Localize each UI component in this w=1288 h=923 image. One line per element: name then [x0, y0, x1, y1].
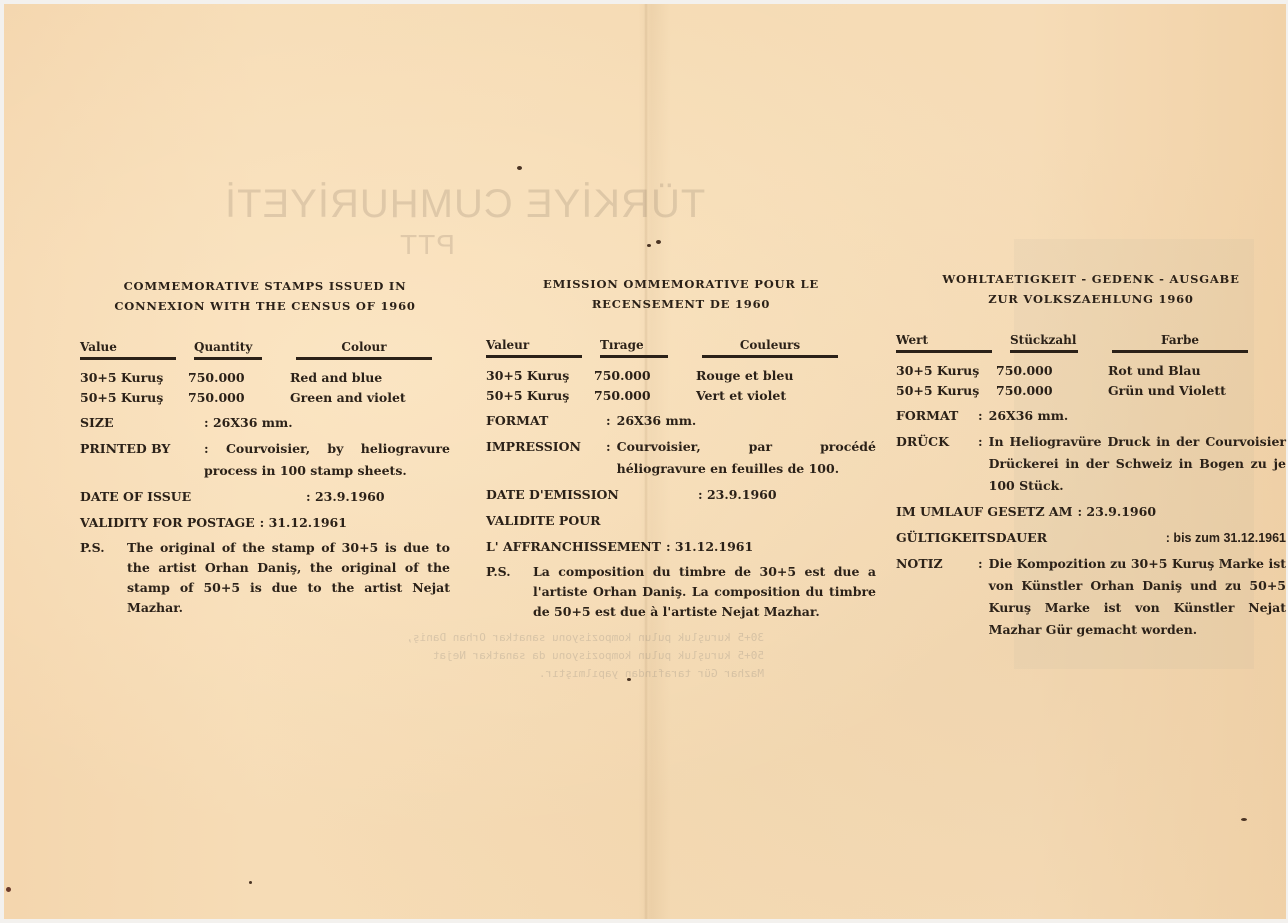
german-table-header: Wert Stückzahl Farbe: [896, 331, 1286, 353]
english-postscript: P.S. The original of the stamp of 30+5 i…: [80, 538, 450, 618]
header-quantity: Quantity: [194, 340, 262, 360]
german-title-line1: WOHLTAETIGKEIT - GEDENK - AUSGABE: [896, 269, 1286, 289]
affranchissement-field: L' AFFRANCHISSEMENT : 31.12.1961: [486, 536, 876, 558]
table-row: 50+5 Kuruş 750.000 Green and violet: [80, 388, 450, 408]
cell-wert: 30+5 Kuruş: [896, 361, 996, 381]
date-of-issue-label: DATE OF ISSUE: [80, 486, 306, 508]
druck-label: DRÜCK: [896, 431, 972, 497]
english-title-line2: CONNEXION WITH THE CENSUS OF 1960: [80, 296, 450, 316]
english-title: COMMEMORATIVE STAMPS ISSUED IN CONNEXION…: [80, 276, 450, 316]
ink-speck: [647, 244, 651, 247]
cell-tirage: 750.000: [594, 366, 696, 386]
affranchissement-value: : 31.12.1961: [661, 536, 876, 558]
header-value: Value: [80, 340, 176, 360]
impression-label: IMPRESSION: [486, 436, 600, 480]
notiz-value: Die Kompozition zu 30+5 Kuruş Marke ist …: [989, 553, 1286, 641]
ink-speck: [627, 678, 631, 681]
date-emission-label: DATE D'EMISSION: [486, 484, 698, 506]
header-wert: Wert: [896, 333, 992, 353]
header-farbe: Farbe: [1112, 333, 1248, 353]
druck-value: In Heliogravüre Druck in der Courvoisier…: [989, 431, 1286, 497]
size-field: SIZE : 26X36 mm.: [80, 412, 450, 434]
french-title-line2: RECENSEMENT DE 1960: [486, 294, 876, 314]
cell-couleurs: Vert et violet: [696, 386, 876, 406]
cell-value: 50+5 Kuruş: [80, 388, 188, 408]
ink-speck: [656, 240, 661, 244]
german-title-line2: ZUR VOLKSZAEHLUNG 1960: [896, 289, 1286, 309]
cell-colour: Green and violet: [290, 388, 450, 408]
impression-value: Courvoisier, par procédé héliogravure en…: [617, 436, 876, 480]
french-table-header: Valeur Tırage Couleurs: [486, 336, 876, 358]
cell-value: 30+5 Kuruş: [80, 368, 188, 388]
ink-speck: [1241, 818, 1247, 821]
notiz-field: NOTIZ : Die Kompozition zu 30+5 Kuruş Ma…: [896, 553, 1286, 641]
header-colour: Colour: [296, 340, 432, 360]
english-title-line1: COMMEMORATIVE STAMPS ISSUED IN: [80, 276, 450, 296]
english-section: COMMEMORATIVE STAMPS ISSUED IN CONNEXION…: [80, 276, 450, 618]
cell-farbe: Rot und Blau: [1108, 361, 1286, 381]
format-field: FORMAT : 26X36 mm.: [486, 410, 876, 432]
cell-valeur: 30+5 Kuruş: [486, 366, 594, 386]
table-row: 30+5 Kuruş 750.000 Red and blue: [80, 368, 450, 388]
french-postscript: P.S. La composition du timbre de 30+5 es…: [486, 562, 876, 622]
validite-label: VALIDITE POUR: [486, 510, 601, 532]
table-row: 30+5 Kuruş 750.000 Rot und Blau: [896, 361, 1286, 381]
ps-label: P.S.: [80, 538, 127, 618]
notiz-label: NOTIZ: [896, 553, 972, 641]
validite-field: VALIDITE POUR: [486, 510, 876, 532]
date-of-issue-value: : 23.9.1960: [306, 486, 450, 508]
affranchissement-label: L' AFFRANCHISSEMENT: [486, 536, 661, 558]
cell-stueckzahl: 750.000: [996, 361, 1108, 381]
ps-text: La composition du timbre de 30+5 est due…: [533, 562, 876, 622]
validity-field: VALIDITY FOR POSTAGE : 31.12.1961: [80, 512, 450, 534]
gueltigkeit-label: GÜLTIGKEITSDAUER: [896, 527, 1136, 549]
show-through-title: TÜRKİYE CUMHURİYETİ: [224, 182, 705, 227]
cell-colour: Red and blue: [290, 368, 450, 388]
german-title: WOHLTAETIGKEIT - GEDENK - AUSGABE ZUR VO…: [896, 269, 1286, 309]
ink-speck: [249, 881, 252, 884]
format-value: 26X36 mm.: [989, 405, 1286, 427]
header-couleurs: Couleurs: [702, 338, 838, 358]
french-title-line1: EMISSION OMMEMORATIVE POUR LE: [486, 274, 876, 294]
date-emission-value: : 23.9.1960: [698, 484, 876, 506]
french-title: EMISSION OMMEMORATIVE POUR LE RECENSEMEN…: [486, 274, 876, 314]
impression-field: IMPRESSION : Courvoisier, par procédé hé…: [486, 436, 876, 480]
cell-couleurs: Rouge et bleu: [696, 366, 876, 386]
printed-by-field: PRINTED BY : Courvoisier, by heliogravur…: [80, 438, 450, 482]
table-row: 50+5 Kuruş 750.000 Grün und Violett: [896, 381, 1286, 401]
ink-speck: [6, 887, 11, 892]
druck-field: DRÜCK : In Heliogravüre Druck in der Cou…: [896, 431, 1286, 497]
french-section: EMISSION OMMEMORATIVE POUR LE RECENSEMEN…: [486, 274, 876, 622]
table-row: 30+5 Kuruş 750.000 Rouge et bleu: [486, 366, 876, 386]
gueltigkeit-value: : bis zum 31.12.1961: [1136, 527, 1286, 549]
format-label: FORMAT: [896, 405, 972, 427]
format-label: FORMAT: [486, 410, 600, 432]
ink-speck: [517, 166, 522, 170]
cell-tirage: 750.000: [594, 386, 696, 406]
cell-valeur: 50+5 Kuruş: [486, 386, 594, 406]
cell-quantity: 750.000: [188, 368, 290, 388]
format-value: 26X36 mm.: [617, 410, 876, 432]
header-stueckzahl: Stückzahl: [1010, 333, 1078, 353]
printed-by-value: : Courvoisier, by heliogravure process i…: [204, 438, 450, 482]
ps-text: The original of the stamp of 30+5 is due…: [127, 538, 450, 618]
cell-stueckzahl: 750.000: [996, 381, 1108, 401]
date-emission-field: DATE D'EMISSION : 23.9.1960: [486, 484, 876, 506]
header-valeur: Valeur: [486, 338, 582, 358]
cell-quantity: 750.000: [188, 388, 290, 408]
show-through-paragraph: 30+5 kuruşluk pulun kompozisyonu sanatka…: [404, 629, 764, 683]
header-tirage: Tırage: [600, 338, 668, 358]
english-table-header: Value Quantity Colour: [80, 338, 450, 360]
german-section: WOHLTAETIGKEIT - GEDENK - AUSGABE ZUR VO…: [896, 269, 1286, 641]
table-row: 50+5 Kuruş 750.000 Vert et violet: [486, 386, 876, 406]
validity-value: : 31.12.1961: [255, 512, 450, 534]
document-sheet: TÜRKİYE CUMHURİYETİ PTT 30+5 kuruşluk pu…: [4, 4, 1286, 919]
format-field: FORMAT : 26X36 mm.: [896, 405, 1286, 427]
ps-label: P.S.: [486, 562, 533, 622]
validity-label: VALIDITY FOR POSTAGE: [80, 512, 255, 534]
show-through-subtitle: PTT: [399, 229, 455, 261]
cell-farbe: Grün und Violett: [1108, 381, 1286, 401]
umlauf-field: IM UMLAUF GESETZ AM : 23.9.1960: [896, 501, 1286, 523]
printed-by-label: PRINTED BY: [80, 438, 204, 482]
gueltigkeit-field: GÜLTIGKEITSDAUER : bis zum 31.12.1961: [896, 527, 1286, 549]
umlauf-label: IM UMLAUF GESETZ AM: [896, 501, 1072, 523]
date-of-issue-field: DATE OF ISSUE : 23.9.1960: [80, 486, 450, 508]
size-label: SIZE: [80, 412, 204, 434]
size-value: : 26X36 mm.: [204, 412, 450, 434]
cell-wert: 50+5 Kuruş: [896, 381, 996, 401]
umlauf-value: : 23.9.1960: [1072, 501, 1286, 523]
